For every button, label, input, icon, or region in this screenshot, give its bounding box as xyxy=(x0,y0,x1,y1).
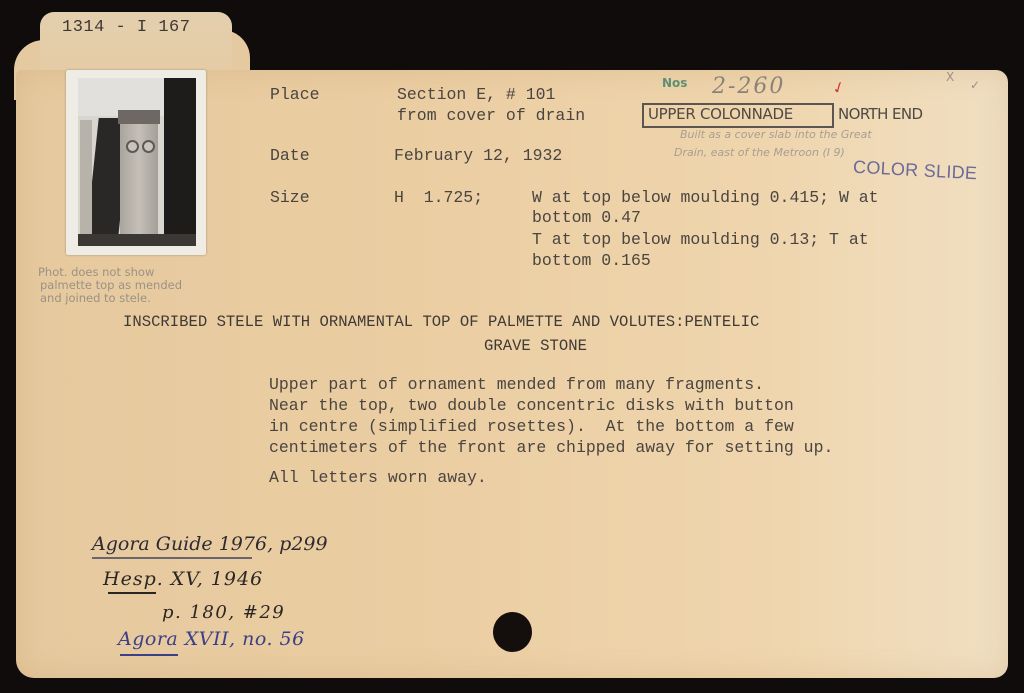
catalog-number: 2-260 xyxy=(712,74,785,99)
place-value-line2: from cover of drain xyxy=(397,105,585,126)
catalog-tab-label: 1314 - I 167 xyxy=(62,18,190,37)
corner-x-mark: X xyxy=(946,70,954,84)
pencil-note-line1: Built as a cover slab into the Great xyxy=(680,128,872,141)
photo-note-line1: Phot. does not show xyxy=(38,266,154,278)
size-label: Size xyxy=(270,187,310,208)
pencil-note-line2: Drain, east of the Metroon (I 9) xyxy=(674,146,845,159)
stele-photograph xyxy=(66,70,206,255)
reference-hesperia-page: p. 180, #29 xyxy=(162,602,285,623)
date-label: Date xyxy=(270,145,310,166)
photo-image xyxy=(78,78,196,246)
nos-label: Nos xyxy=(662,76,687,90)
description-line2: Near the top, two double concentric disk… xyxy=(269,395,794,416)
location-box-label: UPPER COLONNADE xyxy=(648,105,793,123)
description-line1: Upper part of ornament mended from many … xyxy=(269,374,764,395)
place-label: Place xyxy=(270,84,320,105)
reference-underline xyxy=(92,557,252,559)
size-line1: W at top below moulding 0.415; W at xyxy=(532,187,879,208)
reference-underline xyxy=(108,592,156,594)
size-height: H 1.725; xyxy=(394,187,483,208)
reference-underline xyxy=(120,654,178,656)
description-line5: All letters worn away. xyxy=(269,467,487,488)
reference-hesperia: Hesp. XV, 1946 xyxy=(103,568,263,590)
description-line4: centimeters of the front are chipped awa… xyxy=(269,437,833,458)
size-line2: bottom 0.47 xyxy=(532,207,641,228)
size-line3: T at top below moulding 0.13; T at xyxy=(532,229,869,250)
place-value-line1: Section E, # 101 xyxy=(397,84,555,105)
reference-agora-xvii: Agora XVII, no. 56 xyxy=(118,628,305,650)
photo-note-line2: palmette top as mended xyxy=(40,279,182,291)
object-title-line2: GRAVE STONE xyxy=(484,337,587,355)
location-extra: NORTH END xyxy=(838,105,922,123)
object-title-line1: INSCRIBED STELE WITH ORNAMENTAL TOP OF P… xyxy=(123,313,759,331)
reference-agora-guide: Agora Guide 1976, p299 xyxy=(92,533,328,555)
description-line3: in centre (simplified rosettes). At the … xyxy=(269,416,794,437)
corner-check-mark-icon: ✓ xyxy=(970,78,980,92)
punch-hole xyxy=(493,612,532,652)
date-value: February 12, 1932 xyxy=(394,145,562,166)
size-line4: bottom 0.165 xyxy=(532,250,651,271)
photo-note-line3: and joined to stele. xyxy=(40,292,151,304)
